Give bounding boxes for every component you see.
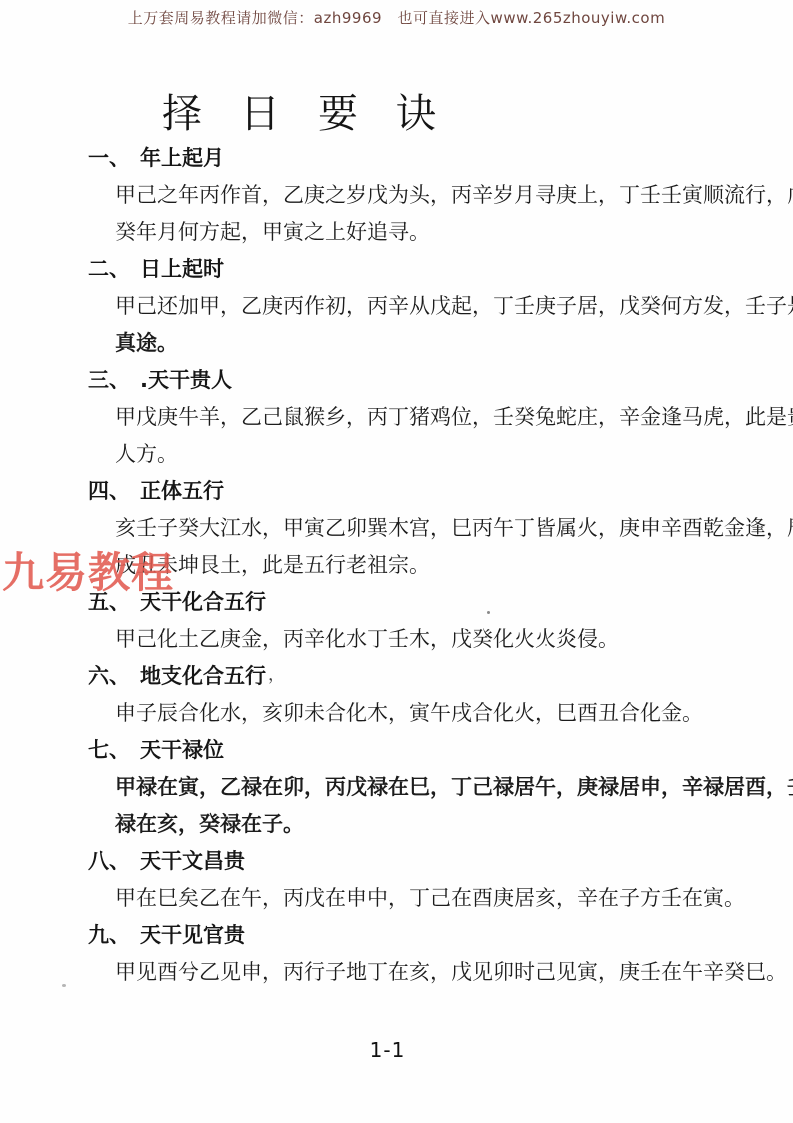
body-line: 真途。 (0, 325, 793, 362)
body-line: 甲禄在寅，乙禄在卯，丙戊禄在巳，丁己禄居午，庚禄居申，辛禄居酉，壬 (0, 769, 793, 806)
section-heading: 二、日上起时 (0, 251, 793, 288)
section-heading: 八、天干文昌贵 (0, 843, 793, 880)
section-number: 九、 (88, 917, 140, 954)
section-number: 六、 (88, 658, 140, 695)
section-heading-label: 地支化合五行 (140, 664, 266, 688)
section-number: 四、 (88, 473, 140, 510)
body-line: 甲在巳矣乙在午，丙戊在申中，丁己在酉庚居亥，辛在子方壬在寅。 (0, 880, 793, 917)
body-line: 甲己还加甲，乙庚丙作初，丙辛从戊起，丁壬庚子居，戊癸何方发，壬子是 (0, 288, 793, 325)
body-line: 禄在亥，癸禄在子。 (0, 806, 793, 843)
page-number: 1-1 (0, 1038, 775, 1062)
section-heading-label: 日上起时 (140, 257, 224, 281)
body-line: 人方。 (0, 436, 793, 473)
section-heading: 四、正体五行 (0, 473, 793, 510)
section-number: 八、 (88, 843, 140, 880)
section-heading-label: 天干文昌贵 (140, 849, 245, 873)
scan-speck (487, 611, 490, 614)
section-number: 一、 (88, 140, 140, 177)
body-line: 甲己化土乙庚金，丙辛化水丁壬木，戊癸化火火炎侵。 (0, 621, 793, 658)
section-heading-label: .天干贵人 (140, 368, 232, 392)
section-heading: 一、年上起月 (0, 140, 793, 177)
scan-speck (545, 644, 547, 646)
body-line: 甲见酉兮乙见申，丙行子地丁在亥，戊见卯时己见寅，庚壬在午辛癸巳。 (0, 954, 793, 991)
body-line: 甲戊庚牛羊，乙己鼠猴乡，丙丁猪鸡位，壬癸兔蛇庄，辛金逢马虎，此是贵 (0, 399, 793, 436)
section-heading: 六、地支化合五行 (0, 658, 793, 695)
section-heading-label: 年上起月 (140, 146, 224, 170)
watermark-text: 九易教程 (2, 540, 174, 600)
promo-header-text: 上万套周易教程请加微信：azh9969 也可直接进入www.265zhouyiw… (0, 7, 793, 28)
section-number: 二、 (88, 251, 140, 288)
body-line: 申子辰合化水，亥卯未合化木，寅午戌合化火，巳酉丑合化金。 (0, 695, 793, 732)
section-number: 三、 (88, 362, 140, 399)
section-heading-label: 天干见官贵 (140, 923, 245, 947)
page-title: 择日要诀 (162, 82, 474, 139)
body-line: 癸年月何方起，甲寅之上好追寻。 (0, 214, 793, 251)
section-heading-label: 正体五行 (140, 479, 224, 503)
section-heading: 三、.天干贵人 (0, 362, 793, 399)
section-heading: 七、天干禄位 (0, 732, 793, 769)
section-heading-label: 天干禄位 (140, 738, 224, 762)
section-heading: 九、天干见官贵 (0, 917, 793, 954)
scanned-document-page: 上万套周易教程请加微信：azh9969 也可直接进入www.265zhouyiw… (0, 0, 793, 1123)
stray-comma-mark: ， (268, 660, 285, 685)
section-number: 七、 (88, 732, 140, 769)
body-line: 甲己之年丙作首，乙庚之岁戊为头，丙辛岁月寻庚上，丁壬壬寅顺流行，戊 (0, 177, 793, 214)
scan-speck (62, 984, 66, 987)
